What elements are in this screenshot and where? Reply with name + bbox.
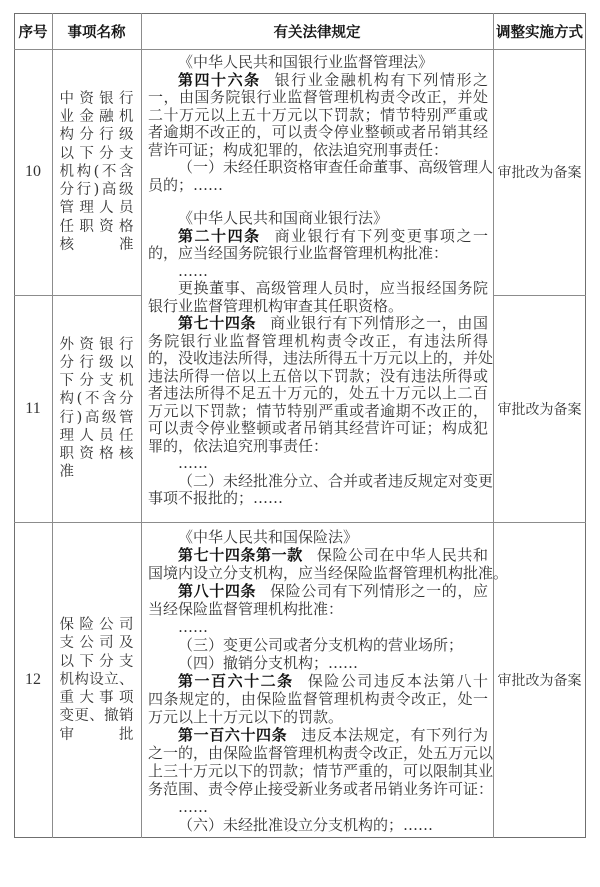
provision-paragraph: ……: [148, 798, 488, 816]
adjustment-method: 审批改为备案: [493, 49, 586, 295]
provision-text: 银行业监督管理机构审查其任职资格。: [148, 297, 403, 315]
provision-text: 违法所得一倍以上五倍以下罚款；没有违法所得或: [148, 367, 488, 385]
provision-paragraph: （六）未经批准设立分支机构的；……: [148, 816, 488, 834]
item-name-line: 构分行级: [60, 126, 134, 144]
provision-paragraph: 《中华人民共和国银行业监督管理法》: [148, 54, 488, 72]
article-paragraph: 第二十四条商业银行有下列变更事项之一的，应当经国务院银行业监督管理机构批准：: [148, 228, 488, 263]
article-number: 第一百六十二条: [178, 672, 294, 690]
item-name-line: 外资银行: [60, 336, 134, 354]
provision-line: 违法所得一倍以上五倍以下罚款；没有违法所得或: [148, 368, 488, 386]
provision-paragraph: ……: [148, 618, 488, 636]
provision-text: 万元以下罚款；情节特别严重或者逾期不改正的，: [148, 402, 488, 420]
provision-text: ……: [178, 454, 208, 472]
provision-text: 保险公司有下列情形之一的，应: [270, 582, 488, 600]
item-name-line: 行)高级管: [60, 409, 134, 427]
article-paragraph: 第四十六条银行业金融机构有下列情形之一，由国务院银行业监督管理机构责令改正，并处…: [148, 72, 488, 160]
provision-line: 者违法所得不足五十万元的，处五十万元以上二百: [148, 385, 488, 403]
provision-line: 第一百六十二条保险公司违反本法第八十: [148, 672, 488, 690]
provision-text: 违反本法规定，有下列行为: [301, 726, 488, 744]
item-name-line: 机构设立、: [60, 671, 134, 689]
article-paragraph: 第一百六十四条违反本法规定，有下列行为之一的，由保险监督管理机构责令改正，处五万…: [148, 726, 488, 798]
provision-line: （六）未经批准设立分支机构的；……: [148, 816, 488, 834]
provision-line: ……: [148, 798, 488, 816]
item-name-line: 核准: [60, 236, 134, 254]
provision-text: （一）未经任职资格审查任命董事、高级管理人: [178, 158, 493, 176]
item-name-line: 变更、撤销: [60, 707, 134, 725]
provision-text: 营许可证；构成犯罪的，依法追究刑事责任：: [148, 141, 448, 159]
provision-text: 《中华人民共和国保险法》: [178, 528, 358, 546]
item-name-line: 下分支机: [60, 372, 134, 390]
provision-text: 银行业金融机构有下列情形之: [275, 71, 488, 89]
provision-line: 《中华人民共和国银行业监督管理法》: [148, 54, 488, 72]
article-paragraph: 第七十四条商业银行有下列情形之一，由国务院银行业监督管理机构责令改正，有违法所得…: [148, 315, 488, 455]
item-name-line: 任职资格: [60, 218, 134, 236]
provision-text: 《中华人民共和国银行业监督管理法》: [178, 53, 433, 71]
provision-line: 营许可证；构成犯罪的，依法追究刑事责任：: [148, 142, 488, 160]
item-name-line: 业金融机: [60, 108, 134, 126]
item-name-cell: 中资银行业金融机构分行级以下分支机构(不含分行)高级管理人员任职资格核准: [52, 49, 141, 295]
item-name-text: 外资银行分行级以下分支机构(不含分行)高级管理人员任职资格核准: [60, 336, 134, 482]
provision-line: 第四十六条银行业金融机构有下列情形之: [148, 72, 488, 90]
item-name-text: 保险公司支公司及以下分支机构设立、重大事项变更、撤销审批: [60, 616, 134, 743]
row-number: 10: [14, 49, 52, 295]
provision-text: 员的；……: [148, 176, 223, 194]
provision-text: 国境内设立分支机构，应当经保险监督管理机构批准。: [148, 564, 508, 582]
provision-line: 的，应当经国务院银行业监督管理机构批准：: [148, 245, 488, 263]
provision-line: （三）变更公司或者分支机构的营业场所；: [148, 636, 488, 654]
provision-text: 更换董事、高级管理人员时，应当报经国务院: [178, 279, 488, 297]
provision-line: 可以责令停业整顿或者吊销其经营许可证；构成犯: [148, 420, 488, 438]
provision-text: 一，由国务院银行业监督管理机构责令改正，并处: [148, 88, 488, 106]
provision-text: 四条规定的，由保险监督管理机构责令改正，处一: [148, 690, 488, 708]
provision-text: 的，应当经国务院银行业监督管理机构批准：: [148, 244, 448, 262]
provision-text: 商业银行有下列变更事项之一: [275, 227, 488, 245]
provision-paragraph: ……: [148, 263, 488, 281]
provision-line: ……: [148, 263, 488, 281]
provision-text: 者违法所得不足五十万元的，处五十万元以上二百: [148, 384, 488, 402]
item-name-line: 审批: [60, 726, 134, 744]
header-number: 序号: [14, 13, 52, 49]
provision-text: 可以责令停业整顿或者吊销其经营许可证；构成犯: [148, 419, 488, 437]
provision-text: 当经保险监督管理机构批准：: [148, 600, 343, 618]
provision-line: 万元以下罚款；情节特别严重或者逾期不改正的，: [148, 403, 488, 421]
header-item-name: 事项名称: [52, 13, 141, 49]
article-number: 第四十六条: [178, 71, 261, 89]
provision-line: 国境内设立分支机构，应当经保险监督管理机构批准。: [148, 564, 488, 582]
provision-paragraph: 《中华人民共和国保险法》: [148, 528, 488, 546]
item-name-cell: 外资银行分行级以下分支机构(不含分行)高级管理人员任职资格核准: [52, 295, 141, 522]
item-name-line: 支公司及: [60, 634, 134, 652]
row-number: 12: [14, 522, 52, 838]
provision-text: 者逾期不改正的，可以责令停业整顿或者吊销其经: [148, 123, 488, 141]
provision-text: 二十万元以上五十万元以下罚款；情节特别严重或: [148, 106, 488, 124]
provision-line: 第八十四条保险公司有下列情形之一的，应: [148, 582, 488, 600]
provision-paragraph: 更换董事、高级管理人员时，应当报经国务院银行业监督管理机构审查其任职资格。: [148, 280, 488, 315]
article-paragraph: 第一百六十二条保险公司违反本法第八十四条规定的，由保险监督管理机构责令改正，处一…: [148, 672, 488, 726]
provision-text: 事项不报批的；……: [148, 489, 283, 507]
article-number: 第一百六十四条: [178, 726, 287, 744]
item-name-line: 中资银行: [60, 90, 134, 108]
provision-line: （一）未经任职资格审查任命董事、高级管理人: [148, 159, 488, 177]
provision-paragraph: （三）变更公司或者分支机构的营业场所；: [148, 636, 488, 654]
provision-text: （二）未经批准分立、合并或者违反规定对变更: [178, 472, 493, 490]
article-number: 第二十四条: [178, 227, 261, 245]
provision-line: 万元以上十万元以下的罚款。: [148, 708, 488, 726]
provision-line: 当经保险监督管理机构批准：: [148, 600, 488, 618]
provision-line: 一，由国务院银行业监督管理机构责令改正，并处: [148, 89, 488, 107]
legal-provisions-text: 《中华人民共和国银行业监督管理法》第四十六条银行业金融机构有下列情形之一，由国务…: [148, 54, 488, 508]
provision-paragraph: 《中华人民共和国商业银行法》: [148, 210, 488, 228]
provision-paragraph: ……: [148, 455, 488, 473]
provision-line: 第二十四条商业银行有下列变更事项之一: [148, 228, 488, 246]
item-name-line: 分行级以: [60, 354, 134, 372]
provision-paragraph: （二）未经批准分立、合并或者违反规定对变更事项不报批的；……: [148, 473, 488, 508]
provision-line: 员的；……: [148, 177, 488, 195]
provision-text: 上三十万元以下的罚款；情节严重的，可以限制其业: [148, 762, 493, 780]
item-name-line: 保险公司: [60, 616, 134, 634]
article-number: 第七十四条: [178, 314, 256, 332]
provision-line: 的，没收违法所得，违法所得五十万元以上的，并处: [148, 350, 488, 368]
item-name-line: 以下分支: [60, 145, 134, 163]
provision-line: ……: [148, 618, 488, 636]
provision-line: ……: [148, 455, 488, 473]
article-paragraph: 第七十四条第一款保险公司在中华人民共和国境内设立分支机构，应当经保险监督管理机构…: [148, 546, 488, 582]
provision-line: 上三十万元以下的罚款；情节严重的，可以限制其业: [148, 762, 488, 780]
article-paragraph: 第八十四条保险公司有下列情形之一的，应当经保险监督管理机构批准：: [148, 582, 488, 618]
item-name-text: 中资银行业金融机构分行级以下分支机构(不含分行)高级管理人员任职资格核准: [60, 90, 134, 254]
item-name-line: 职资格核: [60, 445, 134, 463]
provision-text: 的，没收违法所得，违法所得五十万元以上的，并处: [148, 349, 493, 367]
provision-line: 银行业监督管理机构审查其任职资格。: [148, 298, 488, 316]
provision-line: 事项不报批的；……: [148, 490, 488, 508]
item-name-line: 管理人员: [60, 199, 134, 217]
provision-line: 第一百六十四条违反本法规定，有下列行为: [148, 726, 488, 744]
column-divider: [141, 13, 142, 838]
adjustment-method: 审批改为备案: [493, 295, 586, 522]
provision-text: 保险公司在中华人民共和: [317, 546, 488, 564]
provision-text: 商业银行有下列情形之一，由国: [270, 314, 488, 332]
provision-line: 罪的，依法追究刑事责任：: [148, 438, 488, 456]
provision-line: 《中华人民共和国保险法》: [148, 528, 488, 546]
provision-line: 者逾期不改正的，可以责令停业整顿或者吊销其经: [148, 124, 488, 142]
adjustment-method: 审批改为备案: [493, 522, 586, 838]
item-name-line: 机构(不含: [60, 163, 134, 181]
provision-line: （四）撤销分支机构；……: [148, 654, 488, 672]
provision-text: 之一的，由保险监督管理机构责令改正，处五万元以: [148, 744, 493, 762]
provision-text: 万元以上十万元以下的罚款。: [148, 708, 343, 726]
provision-text: 务院银行业监督管理机构责令改正，有违法所得: [148, 332, 488, 350]
provision-text: ……: [178, 262, 208, 280]
provision-line: 第七十四条第一款保险公司在中华人民共和: [148, 546, 488, 564]
provision-text: ……: [178, 798, 208, 816]
provision-line: 更换董事、高级管理人员时，应当报经国务院: [148, 280, 488, 298]
provision-line: 《中华人民共和国商业银行法》: [148, 210, 488, 228]
provision-line: 务范围、责令停止接受新业务或者吊销业务许可证：: [148, 780, 488, 798]
provision-line: 四条规定的，由保险监督管理机构责令改正，处一: [148, 690, 488, 708]
provision-line: 务院银行业监督管理机构责令改正，有违法所得: [148, 333, 488, 351]
provision-text: 务范围、责令停止接受新业务或者吊销业务许可证：: [148, 780, 493, 798]
row-number: 11: [14, 295, 52, 522]
legal-provisions-text: 《中华人民共和国保险法》第七十四条第一款保险公司在中华人民共和国境内设立分支机构…: [148, 528, 488, 834]
item-name-line: 分行)高级: [60, 181, 134, 199]
item-name-line: 构(不含分: [60, 390, 134, 408]
provision-paragraph: （四）撤销分支机构；……: [148, 654, 488, 672]
article-number: 第七十四条第一款: [178, 546, 303, 564]
item-name-line: 理人员任: [60, 427, 134, 445]
blank-line: [148, 194, 488, 210]
provision-text: （三）变更公司或者分支机构的营业场所；: [178, 636, 463, 654]
provision-line: 二十万元以上五十万元以下罚款；情节特别严重或: [148, 107, 488, 125]
provision-line: 第七十四条商业银行有下列情形之一，由国: [148, 315, 488, 333]
provision-line: （二）未经批准分立、合并或者违反规定对变更: [148, 473, 488, 491]
header-adjustment-method: 调整实施方式: [493, 13, 586, 49]
provision-text: ……: [178, 618, 208, 636]
item-name-line: 以下分支: [60, 653, 134, 671]
item-name-line: 准: [60, 463, 134, 481]
provision-line: 之一的，由保险监督管理机构责令改正，处五万元以: [148, 744, 488, 762]
provision-text: 保险公司违反本法第八十: [308, 672, 488, 690]
provision-text: 《中华人民共和国商业银行法》: [178, 209, 388, 227]
item-name-cell: 保险公司支公司及以下分支机构设立、重大事项变更、撤销审批: [52, 522, 141, 838]
item-name-line: 重大事项: [60, 689, 134, 707]
provision-text: （四）撤销分支机构；……: [178, 654, 358, 672]
provision-paragraph: （一）未经任职资格审查任命董事、高级管理人员的；……: [148, 159, 488, 194]
header-legal-provisions: 有关法律规定: [141, 13, 493, 49]
article-number: 第八十四条: [178, 582, 256, 600]
provision-text: （六）未经批准设立分支机构的；……: [178, 816, 433, 834]
provision-text: 罪的，依法追究刑事责任：: [148, 437, 328, 455]
